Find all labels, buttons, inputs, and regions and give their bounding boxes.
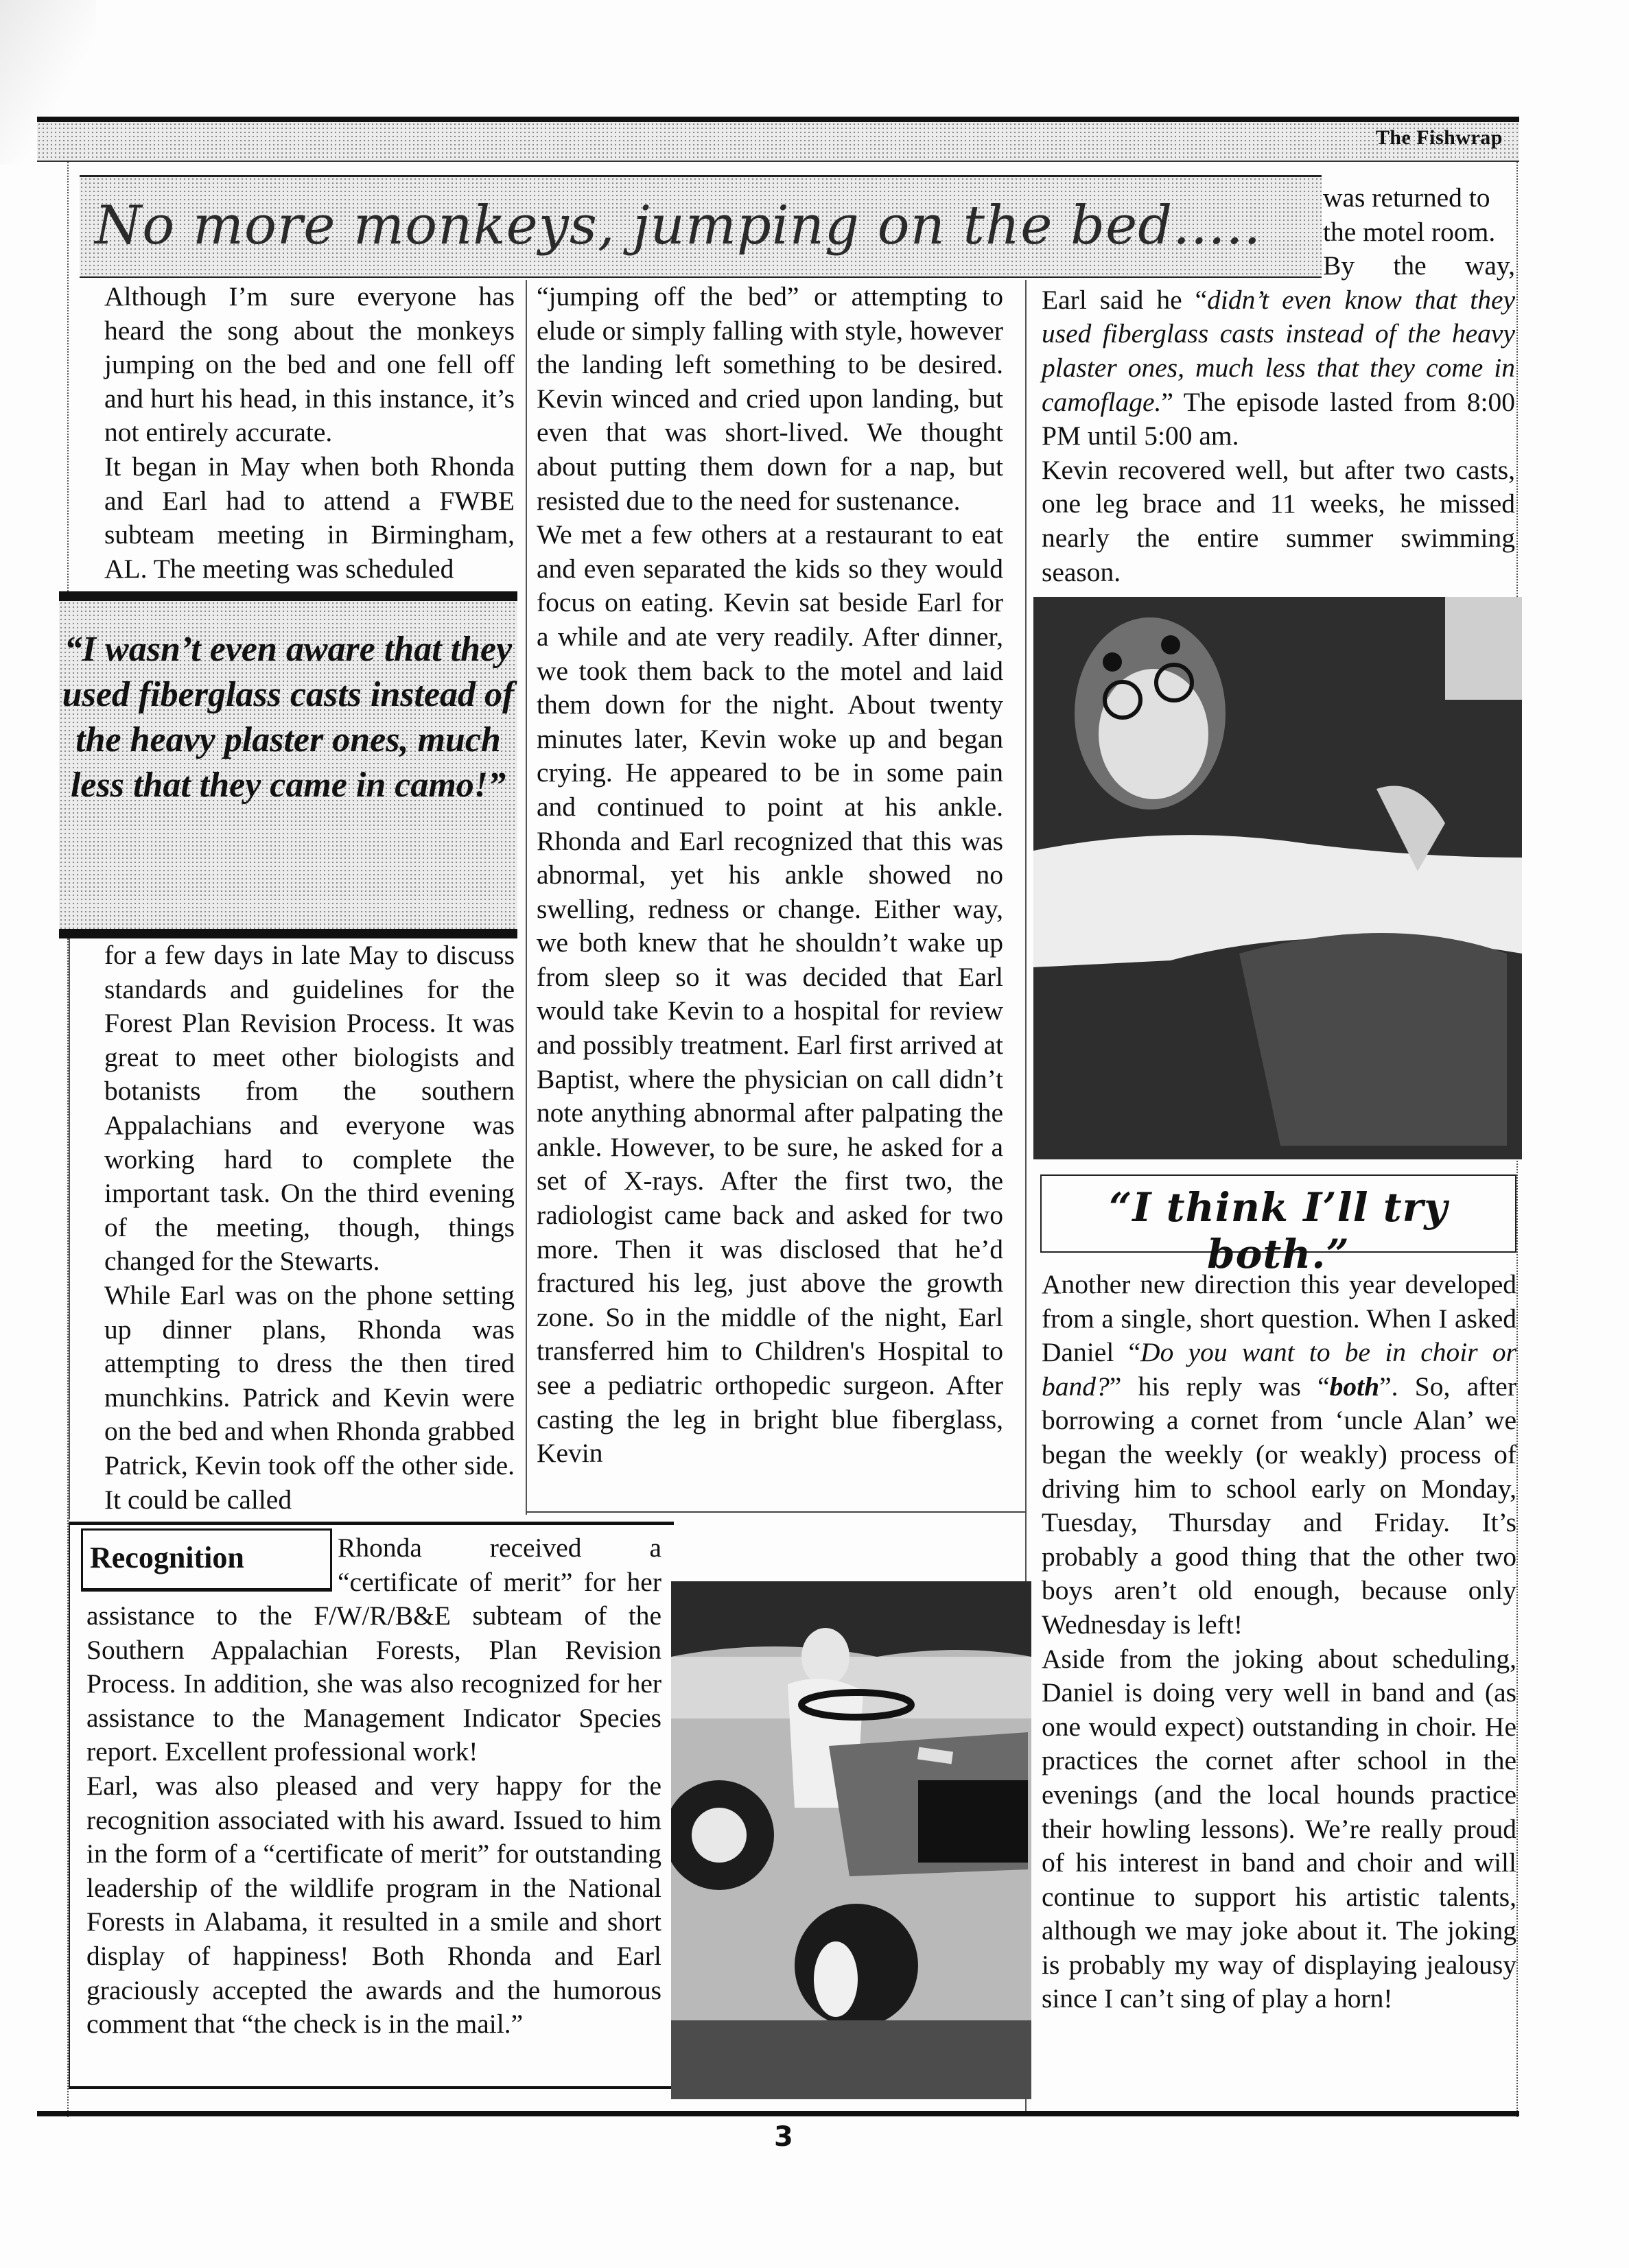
recognition-heading-box: Recognition <box>81 1528 332 1592</box>
paragraph: Aside from the joking about scheduling, … <box>1042 1642 1516 2017</box>
text-run: ” his reply was “ <box>1110 1371 1330 1402</box>
wrapped-line: the motel room. <box>1035 215 1515 250</box>
paragraph: Although I’m sure everyone has heard the… <box>104 280 515 450</box>
recognition-intro: Rhonda received a “certificate of merit”… <box>338 1531 661 1599</box>
newsletter-header: The Fishwrap <box>37 117 1519 162</box>
text-run: ”. So, after borrowing a cornet from ‘un… <box>1042 1371 1516 1640</box>
daniel-answer: both <box>1330 1371 1379 1402</box>
wrapped-line: was returned to <box>1035 181 1515 215</box>
article-column-1-bottom: for a few days in late May to discuss st… <box>104 938 515 1517</box>
column-divider <box>526 280 527 1515</box>
photo-boy-on-tractor <box>671 1581 1031 2099</box>
recognition-body: assistance to the F/W/R/B&E subteam of t… <box>86 1599 661 2042</box>
footer-rule <box>37 2111 1519 2116</box>
paragraph: It began in May when both Rhonda and Ear… <box>104 450 515 586</box>
photo-illustration <box>1033 597 1522 1159</box>
column-rule <box>526 1511 1027 1513</box>
paragraph: for a few days in late May to discuss st… <box>104 938 515 1279</box>
paragraph: Kevin recovered well, but after two cast… <box>1035 453 1515 589</box>
wrapped-line: By the way, <box>1035 249 1515 283</box>
recognition-heading: Recognition <box>90 1540 244 1575</box>
paragraph: Another new direction this year develope… <box>1042 1268 1516 1642</box>
paragraph: assistance to the F/W/R/B&E subteam of t… <box>86 1599 661 1769</box>
article-column-1-top: Although I’m sure everyone has heard the… <box>104 280 515 586</box>
paragraph: “jumping off the bed” or attempting to e… <box>537 280 1003 518</box>
paragraph: Earl said he “didn’t even know that they… <box>1035 283 1515 453</box>
text-run: Earl said he “ <box>1042 285 1207 315</box>
photo-kevin-in-cast <box>1033 597 1522 1159</box>
pull-quote-text: “I wasn’t even aware that they used fibe… <box>59 627 517 808</box>
paragraph: We met a few others at a restaurant to e… <box>537 518 1003 1471</box>
paragraph: Earl, was also pleased and very happy fo… <box>86 1769 661 2042</box>
article-column-2: “jumping off the bed” or attempting to e… <box>537 280 1003 1471</box>
paragraph: While Earl was on the phone setting up d… <box>104 1279 515 1517</box>
pull-quote: “I wasn’t even aware that they used fibe… <box>59 591 517 938</box>
article-column-3: was returned to the motel room. By the w… <box>1035 181 1515 589</box>
column-divider <box>69 936 70 1520</box>
publication-name: The Fishwrap <box>1376 126 1503 150</box>
sidebar-headline: “I think I’ll try both.” <box>1042 1184 1515 1277</box>
sidebar-headline-box: “I think I’ll try both.” <box>1040 1174 1516 1253</box>
photo-illustration <box>671 1581 1031 2099</box>
page-number: 3 <box>774 2121 793 2153</box>
sidebar-story-column: Another new direction this year develope… <box>1042 1268 1516 2016</box>
